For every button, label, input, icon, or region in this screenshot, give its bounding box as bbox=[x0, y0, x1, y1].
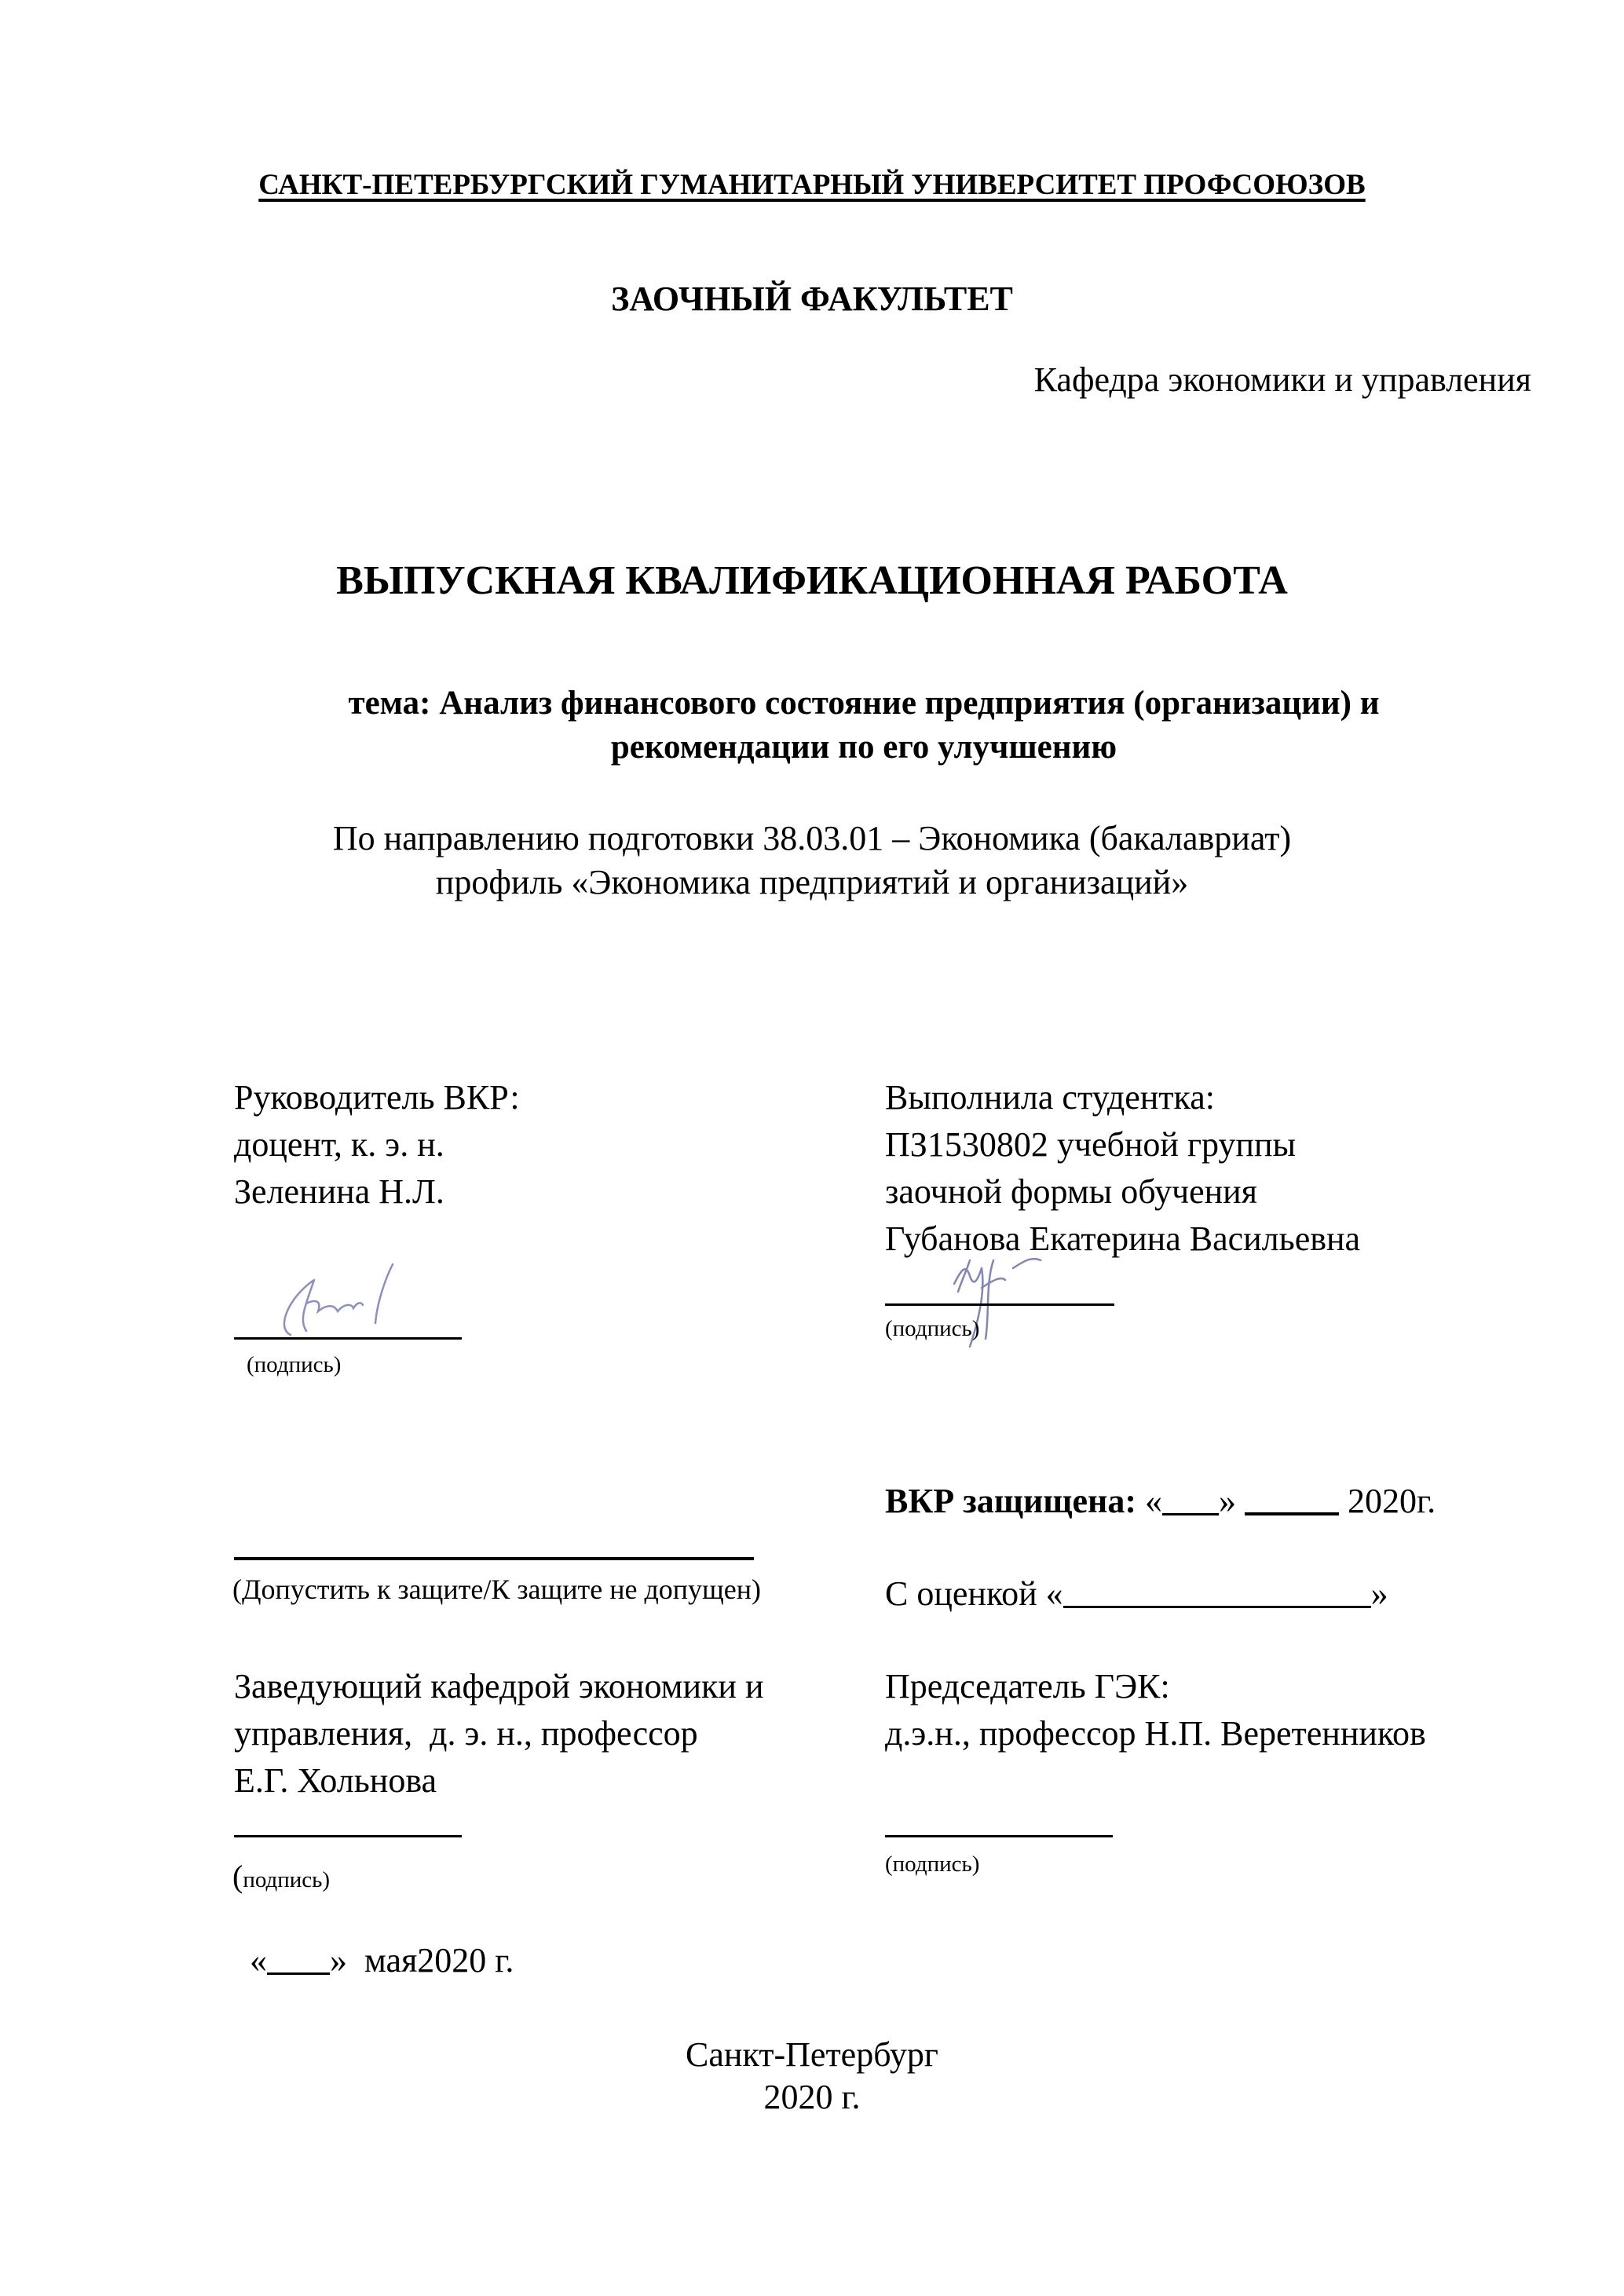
head-signature-caption-text: подпись) bbox=[243, 1867, 330, 1892]
student-study-form: заочной формы обучения bbox=[885, 1168, 1360, 1216]
student-signature-caption: (подпись) bbox=[885, 1316, 979, 1342]
university-name-text: САНКТ-ПЕТЕРБУРГСКИЙ ГУМАНИТАРНЫЙ УНИВЕРС… bbox=[258, 169, 1365, 201]
supervisor-block: Руководитель ВКР: доцент, к. э. н. Зелен… bbox=[234, 1074, 520, 1216]
defense-label: ВКР защищена: bbox=[885, 1482, 1136, 1520]
head-date-month-year: мая2020 г. bbox=[347, 1941, 514, 1980]
study-direction: По направлению подготовки 38.03.01 – Эко… bbox=[0, 817, 1624, 905]
footer-city-year: Санкт-Петербург 2020 г. bbox=[0, 2034, 1624, 2119]
supervisor-signature-icon bbox=[259, 1256, 448, 1343]
document-type-title: ВЫПУСКНАЯ КВАЛИФИКАЦИОННАЯ РАБОТА bbox=[0, 558, 1624, 604]
head-signature-caption: (подпись) bbox=[232, 1858, 330, 1895]
head-title-line1: Заведующий кафедрой экономики и bbox=[234, 1663, 764, 1710]
student-group: ПЗ1530802 учебной группы bbox=[885, 1121, 1360, 1168]
admission-caption: (Допустить к защите/К защите не допущен) bbox=[232, 1573, 761, 1606]
defense-month-blank bbox=[1245, 1509, 1339, 1515]
defense-close-quote: » bbox=[1219, 1482, 1236, 1520]
grade-close-quote: » bbox=[1371, 1574, 1388, 1613]
head-date-close-quote: » bbox=[330, 1941, 347, 1980]
profile-line: профиль «Экономика предприятий и организ… bbox=[0, 861, 1624, 905]
supervisor-signature-line bbox=[234, 1337, 462, 1340]
commission-chair-block: Председатель ГЭК: д.э.н., профессор Н.П.… bbox=[885, 1663, 1426, 1757]
admission-decision-line bbox=[234, 1557, 754, 1560]
head-title-line2: управления, д. э. н., профессор bbox=[234, 1710, 764, 1757]
student-label: Выполнила студентка: bbox=[885, 1074, 1360, 1121]
student-signature-line bbox=[885, 1303, 1114, 1306]
grade-blank bbox=[1063, 1603, 1371, 1608]
supervisor-position: доцент, к. э. н. bbox=[234, 1121, 520, 1168]
department-name: Кафедра экономики и управления bbox=[1034, 360, 1531, 400]
head-of-department-block: Заведующий кафедрой экономики и управлен… bbox=[234, 1663, 764, 1804]
student-block: Выполнила студентка: ПЗ1530802 учебной г… bbox=[885, 1074, 1360, 1263]
grade-label: С оценкой « bbox=[885, 1574, 1063, 1613]
defense-open-quote: « bbox=[1145, 1482, 1162, 1520]
head-date-open-quote: « bbox=[250, 1941, 267, 1980]
head-signature-caption-paren: ( bbox=[232, 1859, 243, 1894]
supervisor-name: Зеленина Н.Л. bbox=[234, 1168, 520, 1216]
grade-field: С оценкой «» bbox=[885, 1574, 1388, 1614]
head-date-day-blank bbox=[267, 1969, 330, 1975]
defense-day-blank bbox=[1162, 1510, 1219, 1515]
defense-date-field: ВКР защищена: «» 2020г. bbox=[885, 1481, 1436, 1521]
head-signature-line bbox=[234, 1835, 462, 1837]
faculty-name: ЗАОЧНЫЙ ФАКУЛЬТЕТ bbox=[0, 279, 1624, 319]
head-approval-date: «» мая2020 г. bbox=[232, 1900, 514, 1980]
chair-label: Председатель ГЭК: bbox=[885, 1663, 1426, 1710]
direction-line: По направлению подготовки 38.03.01 – Эко… bbox=[0, 817, 1624, 861]
chair-signature-caption: (подпись) bbox=[885, 1852, 979, 1877]
chair-signature-line bbox=[885, 1835, 1113, 1837]
university-name: САНКТ-ПЕТЕРБУРГСКИЙ ГУМАНИТАРНЫЙ УНИВЕРС… bbox=[0, 168, 1624, 202]
footer-city: Санкт-Петербург bbox=[0, 2034, 1624, 2076]
supervisor-signature-caption: (подпись) bbox=[247, 1352, 341, 1378]
defense-year: 2020г. bbox=[1348, 1482, 1436, 1520]
chair-name: д.э.н., профессор Н.П. Веретенников bbox=[885, 1710, 1426, 1757]
supervisor-label: Руководитель ВКР: bbox=[234, 1074, 520, 1121]
thesis-topic: тема: Анализ финансового состояние предп… bbox=[236, 682, 1492, 770]
head-name: Е.Г. Хольнова bbox=[234, 1757, 764, 1804]
footer-year: 2020 г. bbox=[0, 2076, 1624, 2119]
